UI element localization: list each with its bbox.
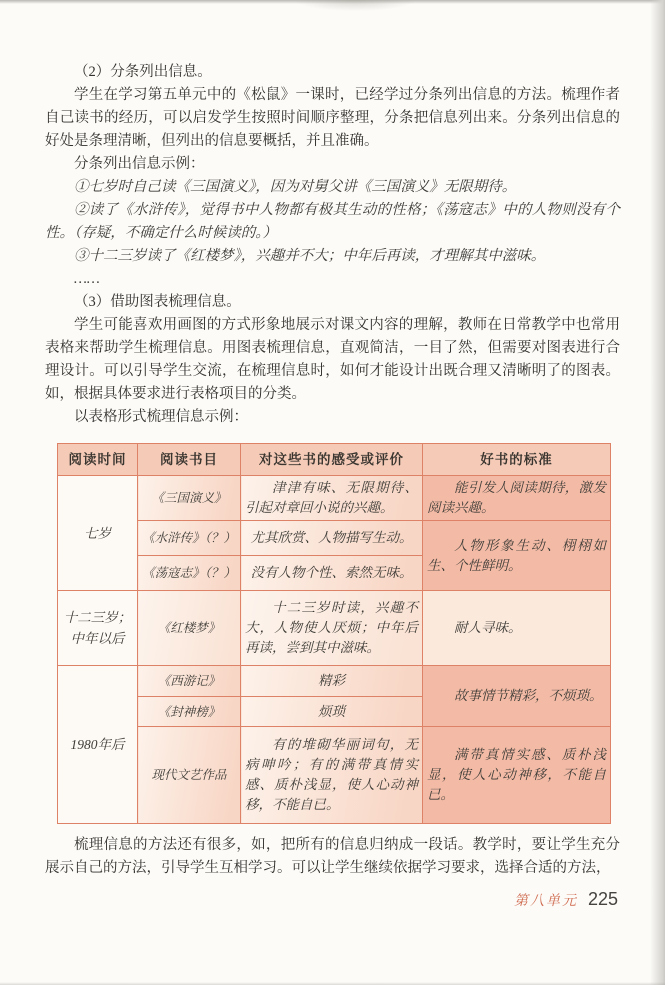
section-2-paragraph: 学生在学习第五单元中的《松鼠》一课时，已经学过分条列出信息的方法。梳理作者自己读…	[45, 84, 620, 153]
col-header-feelings: 对这些书的感受或评价	[241, 444, 423, 476]
table-row-xiyouji: 1980年后 《西游记》 精彩 故事情节精彩，不烦琐。	[58, 666, 611, 697]
section-3-example-label: 以表格形式梳理信息示例：	[45, 406, 620, 429]
section-2-example-label: 分条列出信息示例：	[45, 153, 620, 176]
example-item-1: ①七岁时自己读《三国演义》，因为对舅父讲《三国演义》无限期待。	[45, 176, 620, 199]
closing-paragraph: 梳理信息的方法还有很多，如，把所有的信息归纳成一段话。教学时，要让学生充分展示自…	[45, 834, 620, 880]
unit-label: 第八单元	[514, 890, 578, 910]
cell-standard-vivid-characters: 人物形象生动、栩栩如生、个性鲜明。	[423, 521, 611, 591]
cell-time-twelve-thirteen: 十二三岁；中年以后	[58, 591, 138, 666]
example-item-2: ②读了《水浒传》，觉得书中人物都有极其生动的性格；《荡寇志》中的人物则没有个性。…	[45, 199, 620, 245]
table-row-shuihu: 《水浒传》（？） 尤其欣赏、人物描写生动。 人物形象生动、栩栩如生、个性鲜明。	[58, 521, 611, 556]
section-3-paragraph: 学生可能喜欢用画图的方式形象地展示对课文内容的理解，教师在日常教学中也常用表格来…	[45, 314, 620, 406]
cell-book-shuihu-zhuan: 《水浒传》（？）	[138, 521, 241, 556]
example-ellipsis: ……	[45, 268, 620, 291]
main-text-block: （2）分条列出信息。 学生在学习第五单元中的《松鼠》一课时，已经学过分条列出信息…	[45, 61, 620, 429]
closing-text-block: 梳理信息的方法还有很多，如，把所有的信息归纳成一段话。教学时，要让学生充分展示自…	[45, 834, 620, 880]
cell-feeling-xiyouji: 精彩	[241, 666, 423, 697]
reading-info-table-wrap: 阅读时间 阅读书目 对这些书的感受或评价 好书的标准 七岁 《三国演义》 津津有…	[57, 443, 611, 824]
cell-feeling-dangkou: 没有人物个性、索然无味。	[241, 556, 423, 591]
scanned-textbook-page: （2）分条列出信息。 学生在学习第五单元中的《松鼠》一课时，已经学过分条列出信息…	[0, 0, 665, 985]
cell-standard-exciting-plot: 故事情节精彩，不烦琐。	[423, 666, 611, 727]
table-row-sanguo: 七岁 《三国演义》 津津有味、无限期待、引起对章回小说的兴趣。 能引发人阅读期待…	[58, 476, 611, 521]
cell-feeling-shuihu: 尤其欣赏、人物描写生动。	[241, 521, 423, 556]
reading-info-table: 阅读时间 阅读书目 对这些书的感受或评价 好书的标准 七岁 《三国演义》 津津有…	[57, 443, 611, 824]
cell-book-honglou-meng: 《红楼梦》	[138, 591, 241, 666]
cell-feeling-hongloumeng: 十二三岁时读，兴趣不大，人物使人厌烦；中年后再读，尝到其中滋味。	[241, 591, 423, 666]
cell-book-modern-literary-works: 现代文艺作品	[138, 727, 241, 824]
cell-feeling-sanguo: 津津有味、无限期待、引起对章回小说的兴趣。	[241, 476, 423, 521]
cell-book-sanguo-yanyi: 《三国演义》	[138, 476, 241, 521]
scan-artifact-right-edge	[650, 0, 665, 985]
cell-book-dangkou-zhi: 《荡寇志》（？）	[138, 556, 241, 591]
table-row-modern-works: 现代文艺作品 有的堆砌华丽词句，无病呻吟；有的满带真情实感、质朴浅显，使人心动神…	[58, 727, 611, 824]
col-header-book-list: 阅读书目	[138, 444, 241, 476]
scan-artifact-smudge	[268, 0, 443, 16]
table-header-row: 阅读时间 阅读书目 对这些书的感受或评价 好书的标准	[58, 444, 611, 476]
page-number: 225	[588, 889, 618, 910]
cell-feeling-fengshenbang: 烦琐	[241, 697, 423, 727]
section-3-heading: （3）借助图表梳理信息。	[45, 291, 620, 314]
cell-standard-true-feelings: 满带真情实感、质朴浅显，使人心动神移，不能自已。	[423, 727, 611, 824]
cell-time-after-1980: 1980年后	[58, 666, 138, 824]
table-row-hongloumeng: 十二三岁；中年以后 《红楼梦》 十二三岁时读，兴趣不大，人物使人厌烦；中年后再读…	[58, 591, 611, 666]
cell-standard-lasting-appeal: 耐人寻味。	[423, 591, 611, 666]
cell-feeling-modern-works: 有的堆砌华丽词句，无病呻吟；有的满带真情实感、质朴浅显，使人心动神移，不能自已。	[241, 727, 423, 824]
page-footer: 第八单元 225	[514, 889, 618, 910]
cell-book-fengshen-bang: 《封神榜》	[138, 697, 241, 727]
cell-time-age-seven: 七岁	[58, 476, 138, 591]
section-2-heading: （2）分条列出信息。	[45, 61, 620, 84]
cell-standard-reading-expectation: 能引发人阅读期待，激发阅读兴趣。	[423, 476, 611, 521]
col-header-good-book-standard: 好书的标准	[423, 444, 611, 476]
col-header-reading-time: 阅读时间	[58, 444, 138, 476]
example-item-3: ③十二三岁读了《红楼梦》，兴趣并不大；中年后再读，才理解其中滋味。	[45, 245, 620, 268]
cell-book-xiyou-ji: 《西游记》	[138, 666, 241, 697]
